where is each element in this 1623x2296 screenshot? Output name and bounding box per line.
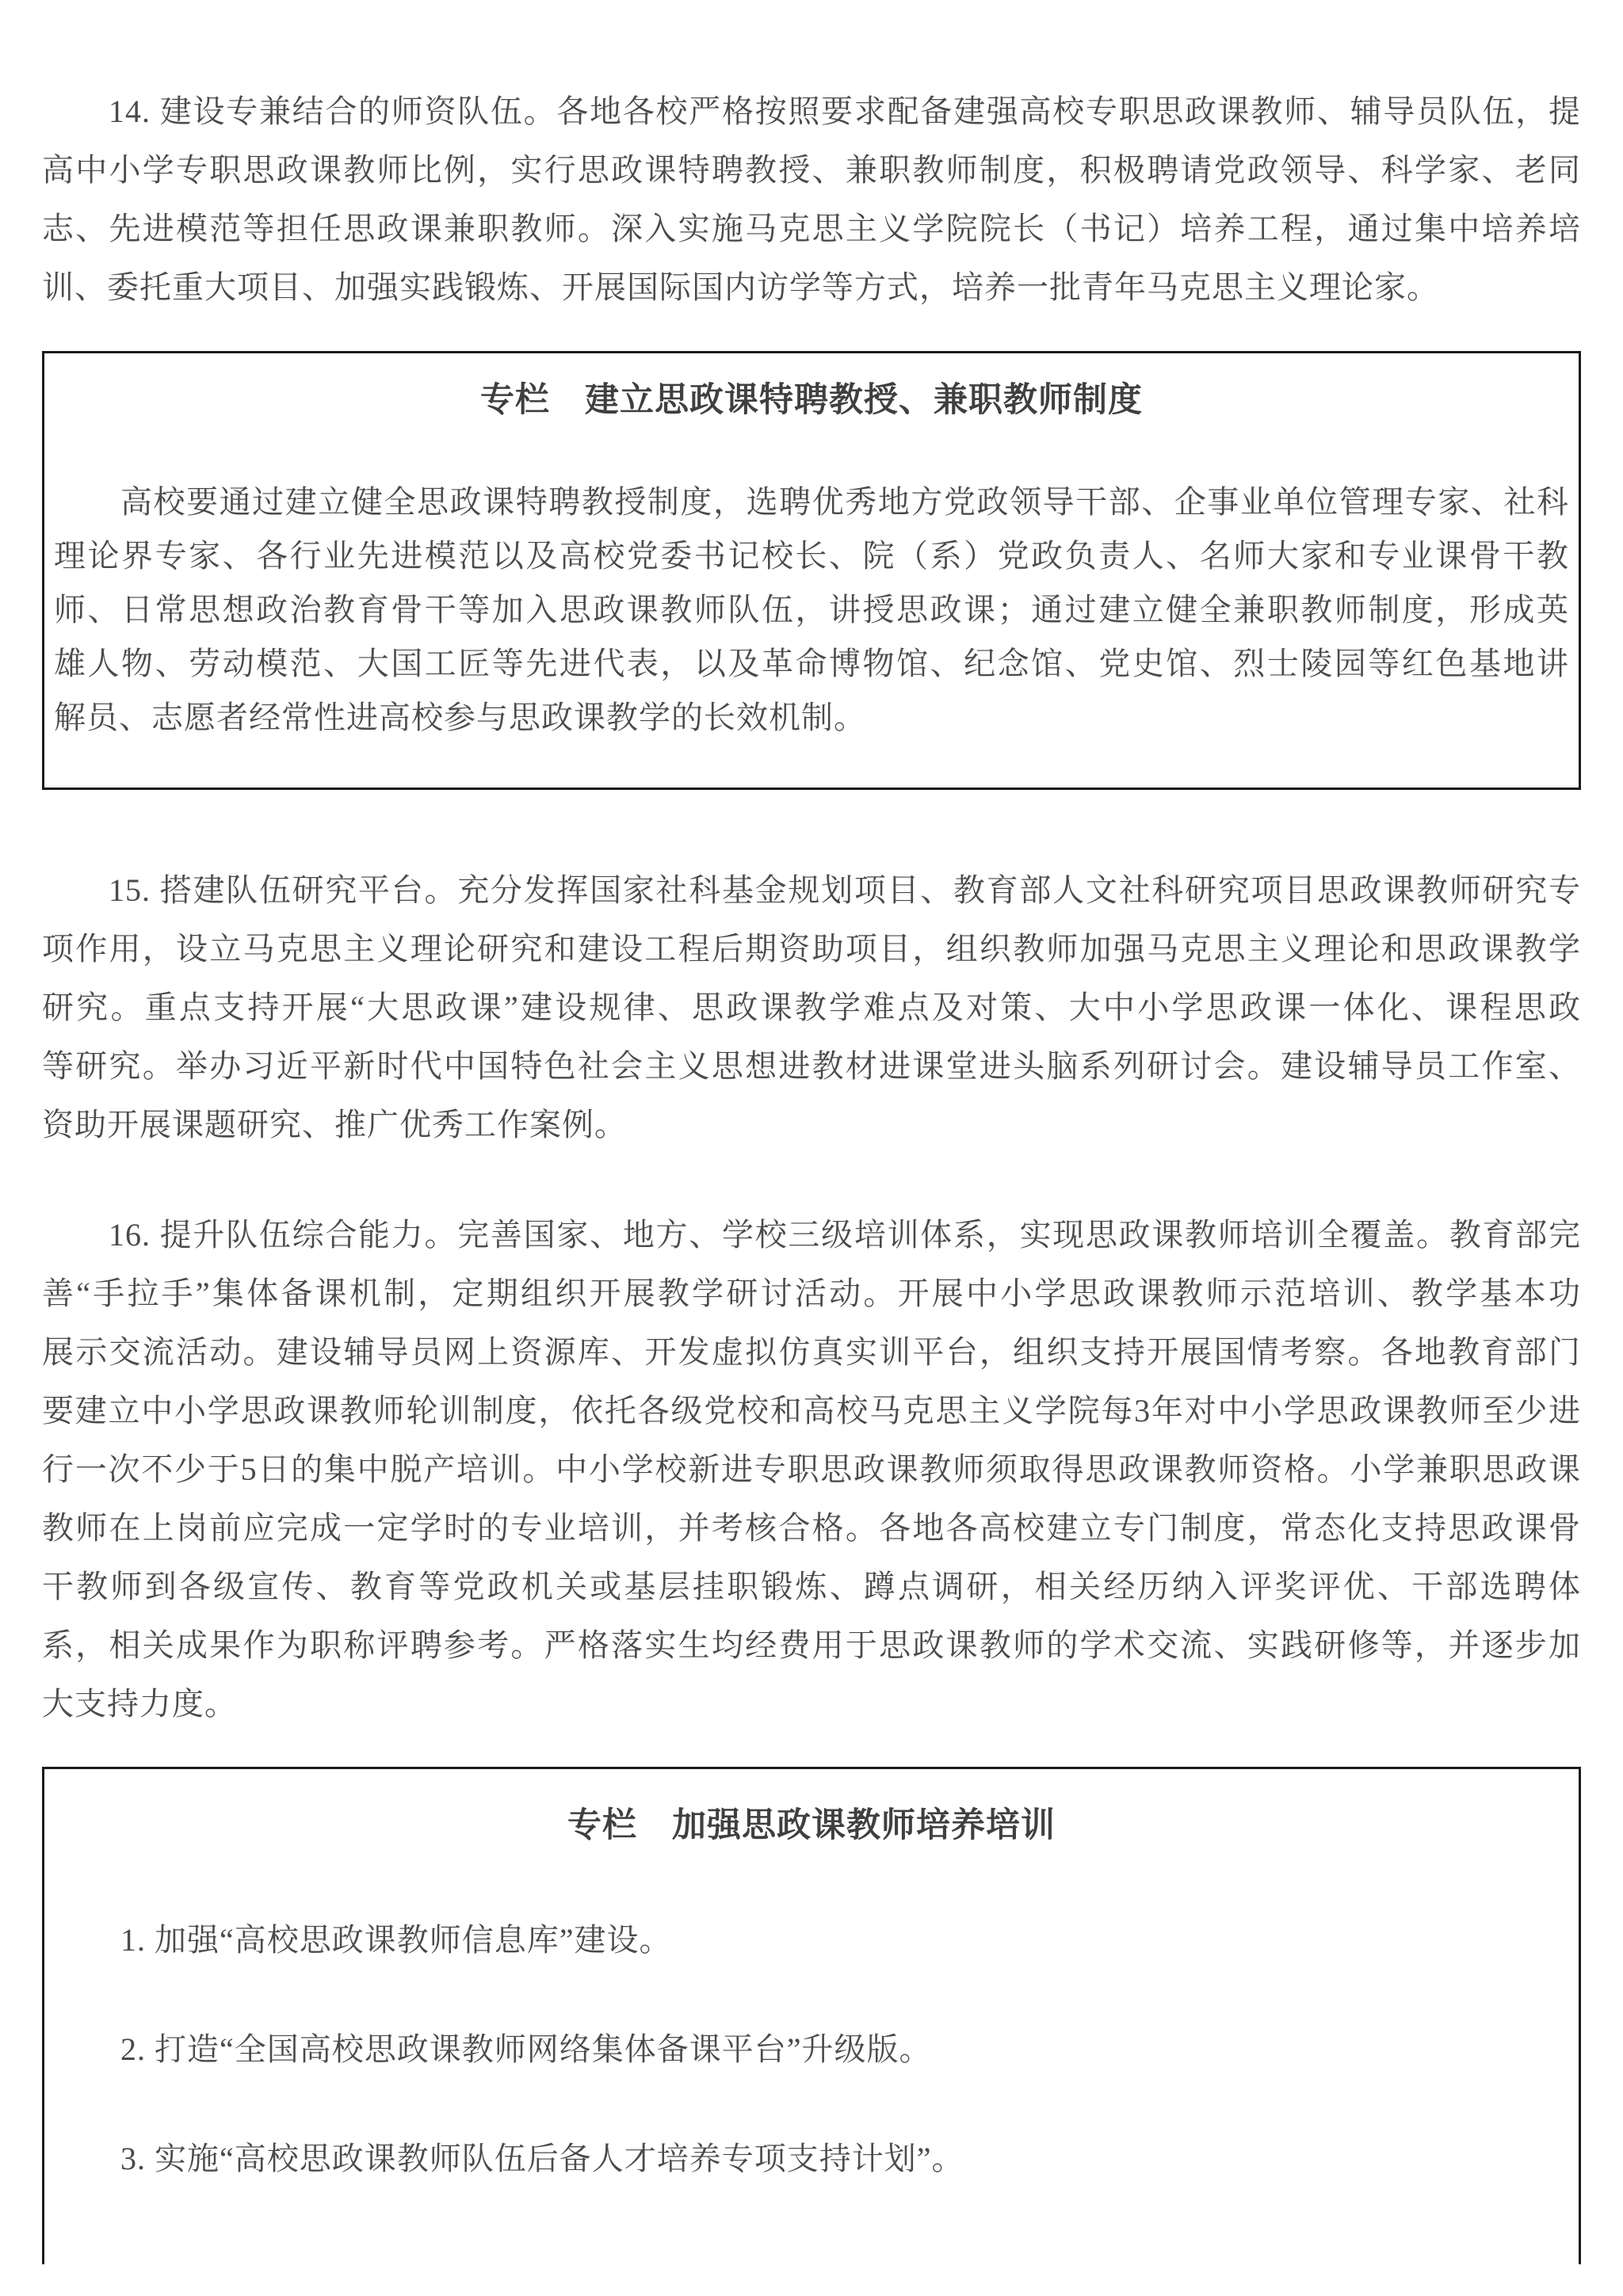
panel-item: 1. 加强“高校思政课教师信息库”建设。 [54, 1911, 1569, 1970]
panel-teacher-training: 专栏 加强思政课教师培养培训 1. 加强“高校思政课教师信息库”建设。 2. 打… [42, 1767, 1581, 2264]
paragraph-15: 15. 搭建队伍研究平台。充分发挥国家社科基金规划项目、教育部人文社科研究项目思… [42, 861, 1581, 1154]
paragraph-15-line: 资助开展课题研究、推广优秀工作案例。 [42, 1096, 1581, 1154]
paragraph-14: 14. 建设专兼结合的师资队伍。各地各校严格按照要求配备建强高校专职思政课教师、… [42, 0, 1581, 317]
panel-line: 解员、志愿者经常性进高校参与思政课教学的长效机制。 [54, 691, 1569, 745]
panel-body: 高校要通过建立健全思政课特聘教授制度，选聘优秀地方党政领导干部、企事业单位管理专… [54, 475, 1569, 745]
paragraph-15-line: 项作用，设立马克思主义理论研究和建设工程后期资助项目，组织教师加强马克思主义理论… [42, 920, 1581, 978]
paragraph-16-line: 善“手拉手”集体备课机制，定期组织开展教学研讨活动。开展中小学思政课教师示范培训… [42, 1264, 1581, 1323]
panel-items: 1. 加强“高校思政课教师信息库”建设。 2. 打造“全国高校思政课教师网络集体… [54, 1911, 1569, 2188]
paragraph-14-line: 高中小学专职思政课教师比例，实行思政课特聘教授、兼职教师制度，积极聘请党政领导、… [42, 141, 1581, 200]
paragraph-15-line: 等研究。举办习近平新时代中国特色社会主义思想进教材进课堂进头脑系列研讨会。建设辅… [42, 1037, 1581, 1096]
paragraph-16-line: 系，相关成果作为职称评聘参考。严格落实生均经费用于思政课教师的学术交流、实践研修… [42, 1616, 1581, 1675]
panel-line: 高校要通过建立健全思政课特聘教授制度，选聘优秀地方党政领导干部、企事业单位管理专… [54, 475, 1569, 529]
paragraph-16: 16. 提升队伍综合能力。完善国家、地方、学校三级培训体系，实现思政课教师培训全… [42, 1206, 1581, 1733]
panel-line: 理论界专家、各行业先进模范以及高校党委书记校长、院（系）党政负责人、名师大家和专… [54, 529, 1569, 583]
panel-item: 2. 打造“全国高校思政课教师网络集体备课平台”升级版。 [54, 2020, 1569, 2079]
panel-item: 3. 实施“高校思政课教师队伍后备人才培养专项支持计划”。 [54, 2130, 1569, 2188]
paragraph-16-line: 教师在上岗前应完成一定学时的专业培训，并考核合格。各地各高校建立专门制度，常态化… [42, 1499, 1581, 1558]
paragraph-14-line: 训、委托重大项目、加强实践锻炼、开展国际国内访学等方式，培养一批青年马克思主义理… [42, 258, 1581, 317]
paragraph-16-line: 干教师到各级宣传、教育等党政机关或基层挂职锻炼、蹲点调研，相关经历纳入评奖评优、… [42, 1558, 1581, 1616]
panel-special-professor-system: 专栏 建立思政课特聘教授、兼职教师制度 高校要通过建立健全思政课特聘教授制度，选… [42, 351, 1581, 790]
paragraph-15-line: 15. 搭建队伍研究平台。充分发挥国家社科基金规划项目、教育部人文社科研究项目思… [42, 861, 1581, 920]
panel-title: 专栏 建立思政课特聘教授、兼职教师制度 [54, 382, 1569, 420]
paragraph-14-line: 14. 建设专兼结合的师资队伍。各地各校严格按照要求配备建强高校专职思政课教师、… [42, 82, 1581, 141]
paragraph-14-line: 志、先进模范等担任思政课兼职教师。深入实施马克思主义学院院长（书记）培养工程，通… [42, 200, 1581, 258]
panel-line: 师、日常思想政治教育骨干等加入思政课教师队伍，讲授思政课；通过建立健全兼职教师制… [54, 583, 1569, 637]
panel-line: 雄人物、劳动模范、大国工匠等先进代表，以及革命博物馆、纪念馆、党史馆、烈士陵园等… [54, 637, 1569, 691]
document-page: 14. 建设专兼结合的师资队伍。各地各校严格按照要求配备建强高校专职思政课教师、… [0, 0, 1623, 2296]
paragraph-16-line: 大支持力度。 [42, 1675, 1581, 1733]
paragraph-16-line: 要建立中小学思政课教师轮训制度，依托各级党校和高校马克思主义学院每3年对中小学思… [42, 1382, 1581, 1440]
paragraph-15-line: 研究。重点支持开展“大思政课”建设规律、思政课教学难点及对策、大中小学思政课一体… [42, 978, 1581, 1037]
paragraph-16-line: 行一次不少于5日的集中脱产培训。中小学校新进专职思政课教师须取得思政课教师资格。… [42, 1440, 1581, 1499]
panel-title: 专栏 加强思政课教师培养培训 [54, 1807, 1569, 1845]
paragraph-16-line: 16. 提升队伍综合能力。完善国家、地方、学校三级培训体系，实现思政课教师培训全… [42, 1206, 1581, 1264]
paragraph-16-line: 展示交流活动。建设辅导员网上资源库、开发虚拟仿真实训平台，组织支持开展国情考察。… [42, 1323, 1581, 1382]
